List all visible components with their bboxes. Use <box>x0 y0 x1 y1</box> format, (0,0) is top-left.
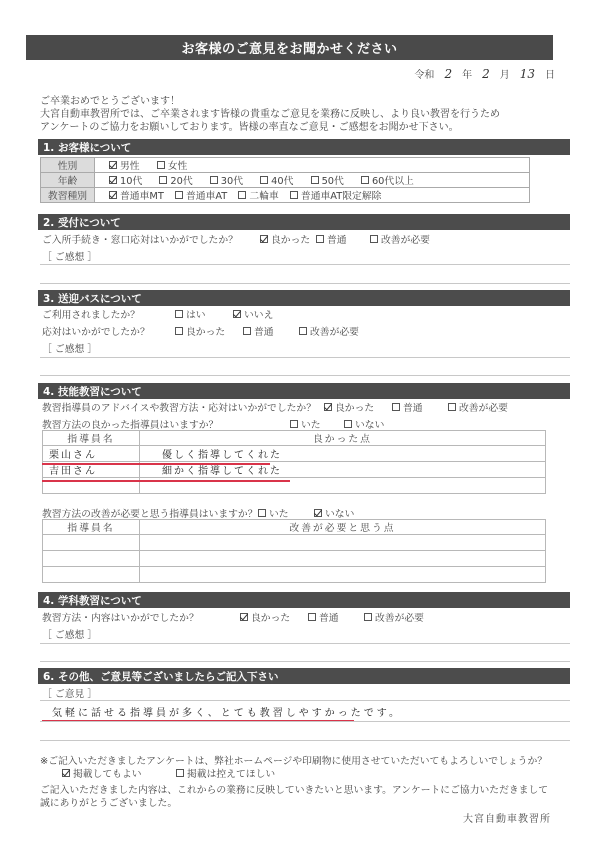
option-label: 男性 <box>120 158 140 172</box>
option-motorcycle[interactable]: 二輪車 <box>238 188 278 202</box>
instructor-name-cell[interactable] <box>43 567 140 583</box>
age-options: 10代 20代 30代 40代 50代 60代以上 <box>95 173 530 188</box>
option-label: 良かった <box>335 400 374 414</box>
comment-line[interactable] <box>40 375 570 376</box>
closing-text: ご記入いただきました内容は、これからの業務に反映していきたいと思います。アンケー… <box>40 784 548 810</box>
option-label: はい <box>186 307 206 321</box>
table-row <box>43 567 546 583</box>
section-heading-academic: 4. 学科教習について <box>38 592 570 608</box>
checkbox-icon[interactable] <box>308 613 316 621</box>
bus-service-row: 応対はいかがでしたか？ 良かった 普通 改善が必要 <box>42 324 359 338</box>
checkbox-icon[interactable] <box>159 176 167 184</box>
option-good[interactable]: 良かった <box>324 400 392 414</box>
closing-line: 誠にありがとうございました。 <box>40 797 548 810</box>
comment-label: ［ ご意見 ］ <box>42 686 97 700</box>
option-label: いない <box>325 506 354 520</box>
table-row <box>43 551 546 567</box>
checkbox-checked-icon[interactable] <box>240 613 248 621</box>
option-label: いた <box>301 417 321 431</box>
publish-question: ※ご記入いただきましたアンケートは、弊社ホームページや印刷物に使用させていただい… <box>40 753 547 767</box>
checkbox-checked-icon[interactable] <box>233 310 241 318</box>
comment-line[interactable] <box>40 357 570 358</box>
option-age-10s[interactable]: 10代 <box>109 173 142 187</box>
intro-line: ご卒業おめでとうございます！ <box>40 95 500 108</box>
row-course-type: 教習種別 普通車MT 普通車AT 二輪車 普通車AT限定解除 <box>41 188 530 203</box>
handwritten-text: 優しく指導してくれた <box>162 450 282 461</box>
option-at[interactable]: 普通車AT <box>175 188 227 202</box>
instructor-name-cell[interactable] <box>43 535 140 551</box>
option-label: 良かった <box>186 324 225 338</box>
checkbox-checked-icon[interactable] <box>109 176 117 184</box>
question-text: 応対はいかがでしたか？ <box>42 324 175 338</box>
option-label: 普通車MT <box>120 188 164 202</box>
red-underline-mark <box>42 480 290 482</box>
question-text: 教習方法の良かった指導員はいますか？ <box>42 417 290 431</box>
option-female[interactable]: 女性 <box>157 158 188 172</box>
option-label: 60代以上 <box>372 173 414 187</box>
question-text: 教習方法・内容はいかがでしたか？ <box>42 610 240 624</box>
gender-options: 男性 女性 <box>95 158 530 173</box>
option-label: 改善が必要 <box>375 610 424 624</box>
school-signature: 大宮自動車教習所 <box>463 810 551 825</box>
option-mt[interactable]: 普通車MT <box>109 188 164 202</box>
option-label: いた <box>269 506 289 520</box>
checkbox-icon[interactable] <box>243 327 251 335</box>
option-yes[interactable]: いた <box>258 506 314 520</box>
handwritten-text: 細かく指導してくれた <box>162 466 282 477</box>
option-label: いない <box>355 417 384 431</box>
checkbox-icon[interactable] <box>290 191 298 199</box>
section-heading-shuttle-bus: 3. 送迎バスについて <box>38 290 570 306</box>
intro-line: 大宮自動車教習所では、ご卒業されます皆様の貴重なご意見を業務に反映し、より良い教… <box>40 108 500 121</box>
section-heading-other: 6. その他、ご意見等ございましたらご記入下さい <box>38 668 570 684</box>
checkbox-icon[interactable] <box>316 235 324 243</box>
checkbox-checked-icon[interactable] <box>314 509 322 517</box>
closing-line: ご記入いただきました内容は、これからの業務に反映していきたいと思います。アンケー… <box>40 784 548 797</box>
red-underline-mark <box>42 463 270 465</box>
section-heading-customer: 1. お客様について <box>38 139 570 155</box>
option-age-40s[interactable]: 40代 <box>260 173 293 187</box>
option-label: 20代 <box>170 173 192 187</box>
option-label: 二輪車 <box>249 188 278 202</box>
option-yes[interactable]: はい <box>175 307 233 321</box>
table-header: 指導員名 改善が必要と思う点 <box>43 520 546 535</box>
option-label: 40代 <box>271 173 293 187</box>
column-header-instructor: 指導員名 <box>43 520 140 535</box>
improvement-point-cell[interactable] <box>140 551 546 567</box>
column-header-instructor: 指導員名 <box>43 431 140 446</box>
option-average[interactable]: 普通 <box>316 232 370 246</box>
checkbox-icon[interactable] <box>344 420 352 428</box>
option-label: 普通 <box>403 400 423 414</box>
improve-instructor-question-row: 教習方法の改善が必要と思う指導員はいますか？ いた いない <box>42 506 354 520</box>
instructor-name-cell[interactable]: 栗山さん <box>43 446 140 462</box>
other-comment-text[interactable]: 気軽に話せる指導員が多く、とても教習しやすかったです。 <box>52 704 402 719</box>
option-good[interactable]: 良かった <box>240 610 308 624</box>
option-age-60s-plus[interactable]: 60代以上 <box>361 173 414 187</box>
good-instructor-table: 指導員名 良かった点 栗山さん 優しく指導してくれた 吉田さん 細かく指導してく… <box>42 430 546 494</box>
date-month-unit: 月 <box>500 66 510 81</box>
option-label: 良かった <box>251 610 290 624</box>
checkbox-icon[interactable] <box>175 191 183 199</box>
intro-text: ご卒業おめでとうございます！ 大宮自動車教習所では、ご卒業されます皆様の貴重なご… <box>40 95 500 134</box>
page-title: お客様のご意見をお聞かせください <box>26 35 553 60</box>
option-label: 普通車AT <box>186 188 227 202</box>
table-header: 指導員名 良かった点 <box>43 431 546 446</box>
option-label: 30代 <box>221 173 243 187</box>
option-label: 普通 <box>254 324 274 338</box>
column-header-improvement-points: 改善が必要と思う点 <box>140 520 546 535</box>
option-at-limit-removal[interactable]: 普通車AT限定解除 <box>290 188 382 202</box>
option-male[interactable]: 男性 <box>109 158 140 172</box>
option-needs-improvement[interactable]: 改善が必要 <box>370 232 430 246</box>
comment-label: ［ ご感想 ］ <box>42 627 97 641</box>
date-day-unit: 日 <box>545 66 555 81</box>
comment-line[interactable] <box>40 740 570 741</box>
option-label: 改善が必要 <box>381 232 430 246</box>
checkbox-icon[interactable] <box>258 509 266 517</box>
checkbox-icon[interactable] <box>210 176 218 184</box>
checkbox-checked-icon[interactable] <box>109 161 117 169</box>
option-label: 良かった <box>271 232 310 246</box>
option-label: 女性 <box>168 158 188 172</box>
publish-options: 掲載してもよい 掲載は控えてほしい <box>62 766 275 780</box>
question-text: ご入所手続き・窓口応対はいかがでしたか？ <box>42 232 260 246</box>
instructor-name-cell[interactable] <box>43 551 140 567</box>
good-instructor-question-row: 教習方法の良かった指導員はいますか？ いた いない <box>42 417 384 431</box>
checkbox-icon[interactable] <box>392 403 400 411</box>
option-label: いいえ <box>244 307 273 321</box>
comment-line[interactable] <box>40 661 570 662</box>
checkbox-icon[interactable] <box>157 161 165 169</box>
intro-line: アンケートのご協力をお願いしております。皆様の率直なご意見・ご感想をお聞かせ下さ… <box>40 121 500 134</box>
section-heading-reception: 2. 受付について <box>38 214 570 230</box>
checkbox-icon[interactable] <box>260 176 268 184</box>
date-year-value[interactable]: 2 <box>444 67 452 81</box>
label-course-type: 教習種別 <box>41 188 95 203</box>
question-text: 教習方法の改善が必要と思う指導員はいますか？ <box>42 506 258 520</box>
academic-question-row: 教習方法・内容はいかがでしたか？ 良かった 普通 改善が必要 <box>42 610 424 624</box>
checkbox-icon[interactable] <box>361 176 369 184</box>
option-publish-decline[interactable]: 掲載は控えてほしい <box>176 766 275 780</box>
option-label: 10代 <box>120 173 142 187</box>
handwritten-text: 栗山さん <box>49 450 97 461</box>
option-needs-improvement[interactable]: 改善が必要 <box>299 324 359 338</box>
customer-info-table: 性別 男性 女性 年齢 10代 20代 30代 40代 50代 60代以上 教習… <box>40 157 530 203</box>
option-good[interactable]: 良かった <box>175 324 243 338</box>
option-label: 改善が必要 <box>310 324 359 338</box>
question-text: 教習指導員のアドバイスや教習方法・応対はいかがでしたか？ <box>42 400 324 414</box>
option-average[interactable]: 普通 <box>308 610 364 624</box>
comment-line[interactable] <box>40 700 570 701</box>
option-no[interactable]: いない <box>344 417 384 431</box>
option-label: 50代 <box>322 173 344 187</box>
checkbox-icon[interactable] <box>370 235 378 243</box>
handwritten-text: 吉田さん <box>49 466 97 477</box>
improvement-point-cell[interactable] <box>140 567 546 583</box>
handwritten-text: 気軽に話せる指導員が多く、とても教習しやすかったです。 <box>52 708 402 719</box>
checkbox-icon[interactable] <box>364 613 372 621</box>
bus-usage-row: ご利用されましたか？ はい いいえ <box>42 307 273 321</box>
checkbox-icon[interactable] <box>238 191 246 199</box>
course-type-options: 普通車MT 普通車AT 二輪車 普通車AT限定解除 <box>95 188 530 203</box>
label-age: 年齢 <box>41 173 95 188</box>
checkbox-icon[interactable] <box>290 420 298 428</box>
option-good[interactable]: 良かった <box>260 232 316 246</box>
checkbox-icon[interactable] <box>175 327 183 335</box>
option-yes[interactable]: いた <box>290 417 344 431</box>
row-gender: 性別 男性 女性 <box>41 158 530 173</box>
option-no[interactable]: いいえ <box>233 307 273 321</box>
checkbox-checked-icon[interactable] <box>109 191 117 199</box>
option-age-30s[interactable]: 30代 <box>210 173 243 187</box>
comment-line[interactable] <box>40 643 570 644</box>
date-year-unit: 年 <box>462 66 472 81</box>
option-label: 改善が必要 <box>459 400 508 414</box>
comment-line[interactable] <box>40 721 570 722</box>
option-age-20s[interactable]: 20代 <box>159 173 192 187</box>
date-line: 令和 2 年 2 月 13 日 <box>414 66 555 81</box>
checkbox-checked-icon[interactable] <box>62 769 70 777</box>
option-no[interactable]: いない <box>314 506 354 520</box>
option-label: 普通車AT限定解除 <box>301 188 382 202</box>
table-row: 栗山さん 優しく指導してくれた <box>43 446 546 462</box>
option-publish-ok[interactable]: 掲載してもよい <box>62 766 176 780</box>
label-gender: 性別 <box>41 158 95 173</box>
section-heading-practical: 4. 技能教習について <box>38 383 570 399</box>
comment-line[interactable] <box>40 264 570 265</box>
date-month-value[interactable]: 2 <box>482 67 490 81</box>
date-day-value[interactable]: 13 <box>520 67 535 81</box>
instructor-evaluation-row: 教習指導員のアドバイスや教習方法・応対はいかがでしたか？ 良かった 普通 改善が… <box>42 400 508 414</box>
checkbox-icon[interactable] <box>311 176 319 184</box>
option-average[interactable]: 普通 <box>392 400 448 414</box>
checkbox-icon[interactable] <box>176 769 184 777</box>
comment-label: ［ ご感想 ］ <box>42 341 97 355</box>
comment-line[interactable] <box>40 283 570 284</box>
table-row <box>43 535 546 551</box>
improve-instructor-table: 指導員名 改善が必要と思う点 <box>42 519 546 583</box>
checkbox-icon[interactable] <box>175 310 183 318</box>
option-average[interactable]: 普通 <box>243 324 299 338</box>
reception-question-row: ご入所手続き・窓口応対はいかがでしたか？ 良かった 普通 改善が必要 <box>42 232 430 246</box>
checkbox-checked-icon[interactable] <box>260 235 268 243</box>
option-label: 掲載は控えてほしい <box>187 766 275 780</box>
option-label: 普通 <box>327 232 347 246</box>
question-text: ご利用されましたか？ <box>42 307 175 321</box>
option-age-50s[interactable]: 50代 <box>311 173 344 187</box>
checkbox-checked-icon[interactable] <box>324 403 332 411</box>
date-era: 令和 <box>414 66 434 81</box>
checkbox-icon[interactable] <box>299 327 307 335</box>
column-header-good-points: 良かった点 <box>140 431 546 446</box>
row-age: 年齢 10代 20代 30代 40代 50代 60代以上 <box>41 173 530 188</box>
option-label: 普通 <box>319 610 339 624</box>
checkbox-icon[interactable] <box>448 403 456 411</box>
comment-label: ［ ご感想 ］ <box>42 249 97 263</box>
improvement-point-cell[interactable] <box>140 535 546 551</box>
option-needs-improvement[interactable]: 改善が必要 <box>364 610 424 624</box>
option-label: 掲載してもよい <box>73 766 142 780</box>
option-needs-improvement[interactable]: 改善が必要 <box>448 400 508 414</box>
good-point-cell[interactable]: 優しく指導してくれた <box>140 446 546 462</box>
